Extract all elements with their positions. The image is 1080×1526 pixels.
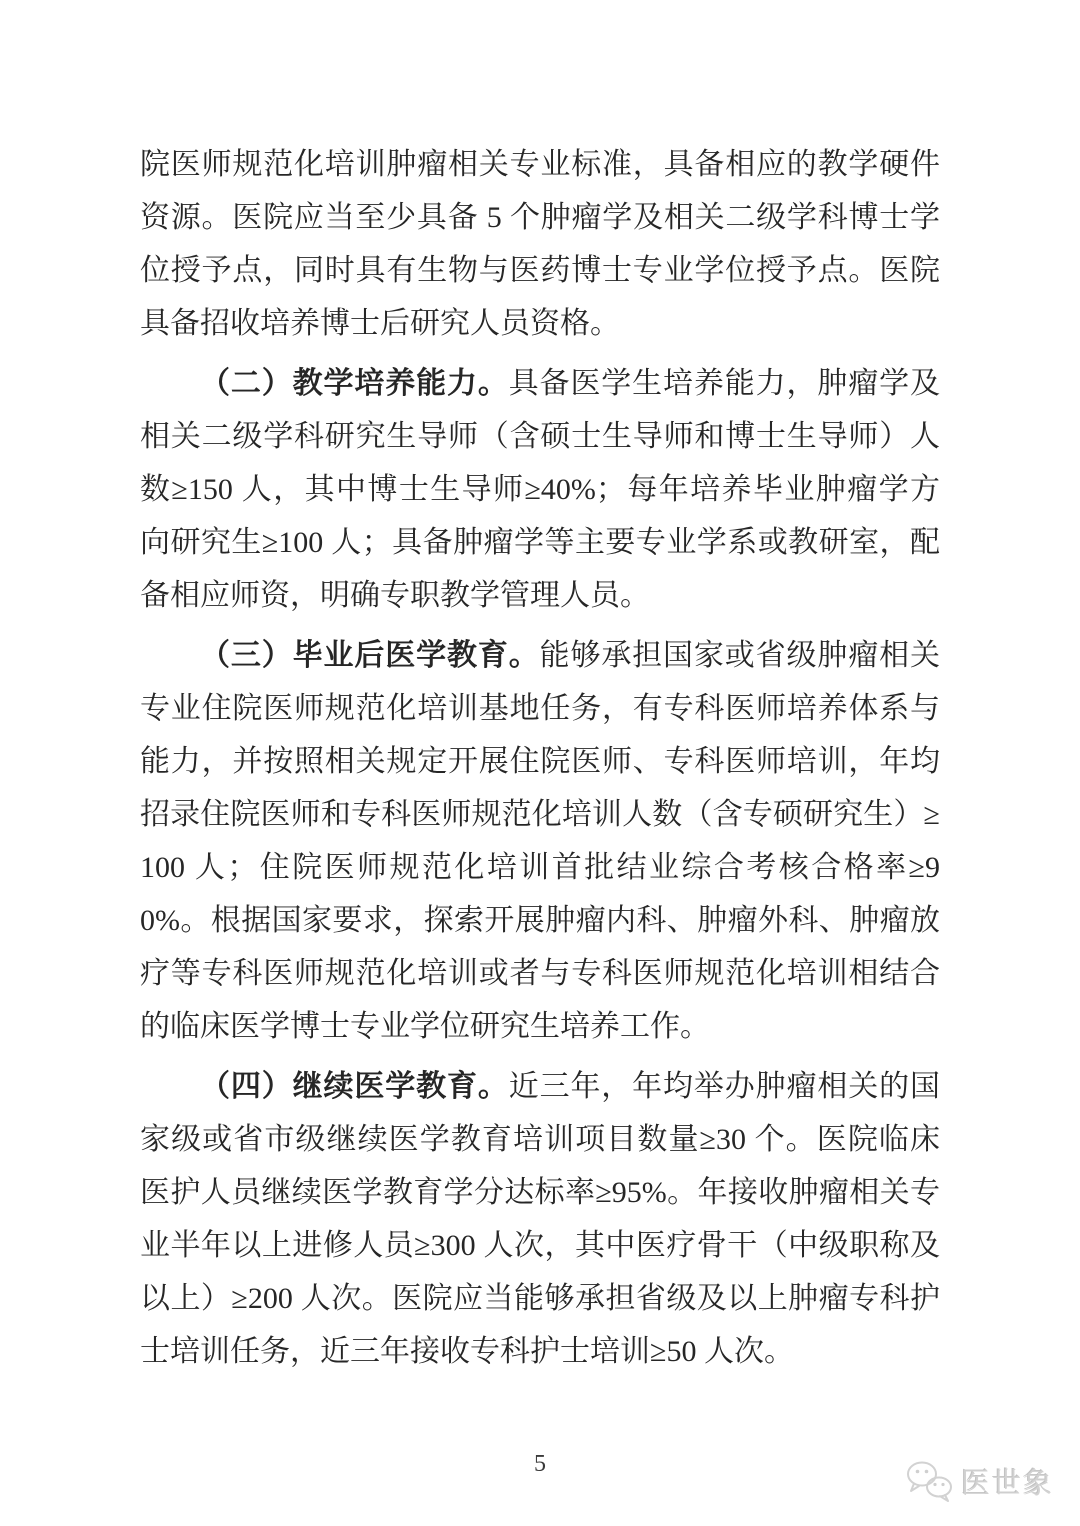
watermark-label: 医世象 (961, 1461, 1054, 1502)
paragraph: （二）教学培养能力。具备医学生培养能力，肿瘤学及相关二级学科研究生导师（含硕士生… (140, 357, 940, 622)
paragraph-heading: （四）继续医学教育。 (200, 1070, 509, 1103)
paragraph-text: 院医师规范化培训肿瘤相关专业标准，具备相应的教学硬件资源。医院应当至少具备 5 … (140, 148, 940, 340)
paragraph-text: 近三年，年均举办肿瘤相关的国家级或省市级继续医学教育培训项目数量≥30 个。医院… (140, 1070, 940, 1368)
paragraph: 院医师规范化培训肿瘤相关专业标准，具备相应的教学硬件资源。医院应当至少具备 5 … (140, 138, 940, 350)
paragraph-heading: （三）毕业后医学教育。 (200, 639, 540, 672)
wechat-icon (904, 1460, 956, 1502)
paragraph-text: 具备医学生培养能力，肿瘤学及相关二级学科研究生导师（含硕士生导师和博士生导师）人… (140, 367, 940, 612)
document-page: 院医师规范化培训肿瘤相关专业标准，具备相应的教学硬件资源。医院应当至少具备 5 … (0, 0, 1080, 1526)
paragraph: （四）继续医学教育。近三年，年均举办肿瘤相关的国家级或省市级继续医学教育培训项目… (140, 1060, 940, 1378)
document-body: 院医师规范化培训肿瘤相关专业标准，具备相应的教学硬件资源。医院应当至少具备 5 … (140, 138, 940, 1385)
paragraph: （三）毕业后医学教育。能够承担国家或省级肿瘤相关专业住院医师规范化培训基地任务，… (140, 629, 940, 1053)
paragraph-heading: （二）教学培养能力。 (200, 367, 509, 400)
watermark: 医世象 (904, 1460, 1054, 1502)
paragraph-text: 能够承担国家或省级肿瘤相关专业住院医师规范化培训基地任务，有专科医师培养体系与能… (140, 639, 940, 1043)
